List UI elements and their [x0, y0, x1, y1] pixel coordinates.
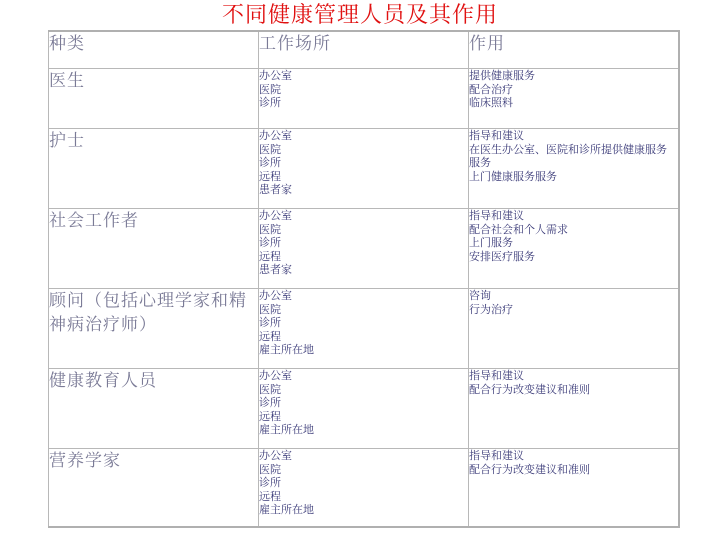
- workplace-item: 办公室: [259, 129, 468, 143]
- role-item: 提供健康服务: [469, 69, 678, 83]
- role-item: 临床照料: [469, 96, 678, 110]
- workplace-cell: 办公室 医院 诊所 远程 患者家: [259, 209, 469, 289]
- workplace-cell: 办公室 医院 诊所 远程 雇主所在地: [259, 369, 469, 449]
- workplace-item: 远程: [259, 250, 468, 264]
- workplace-cell: 办公室 医院 诊所: [259, 69, 469, 129]
- table-row: 顾问（包括心理学家和精神病治疗师） 办公室 医院 诊所 远程 雇主所在地 咨询 …: [49, 289, 679, 369]
- table-row: 营养学家 办公室 医院 诊所 远程 雇主所在地 指导和建议 配合行为改变建议和准…: [49, 449, 679, 528]
- role-item: 上门健康服务服务: [469, 170, 678, 184]
- role-cell: 咨询 行为治疗: [469, 289, 679, 369]
- workplace-item: 办公室: [259, 209, 468, 223]
- workplace-item: 远程: [259, 490, 468, 504]
- category-cell: 护士: [49, 129, 259, 209]
- role-cell: 指导和建议 配合社会和个人需求 上门服务 安排医疗服务: [469, 209, 679, 289]
- role-item: 配合行为改变建议和准则: [469, 463, 678, 477]
- category-cell: 健康教育人员: [49, 369, 259, 449]
- workplace-item: 远程: [259, 330, 468, 344]
- workplace-item: 远程: [259, 410, 468, 424]
- role-item: 行为治疗: [469, 303, 678, 317]
- workplace-item: 雇主所在地: [259, 503, 468, 517]
- category-cell: 社会工作者: [49, 209, 259, 289]
- workplace-item: 诊所: [259, 236, 468, 250]
- workplace-item: 患者家: [259, 263, 468, 277]
- table-row: 护士 办公室 医院 诊所 远程 患者家 指导和建议 在医生办公室、医院和诊所提供…: [49, 129, 679, 209]
- category-cell: 医生: [49, 69, 259, 129]
- role-cell: 指导和建议 配合行为改变建议和准则: [469, 449, 679, 528]
- workplace-item: 诊所: [259, 396, 468, 410]
- workplace-item: 远程: [259, 170, 468, 184]
- workplace-item: 医院: [259, 383, 468, 397]
- role-cell: 指导和建议 配合行为改变建议和准则: [469, 369, 679, 449]
- workplace-item: 医院: [259, 463, 468, 477]
- role-item: 指导和建议: [469, 369, 678, 383]
- workplace-item: 医院: [259, 303, 468, 317]
- role-item: 在医生办公室、医院和诊所提供健康服务服务: [469, 143, 678, 170]
- header-workplace: 工作场所: [259, 31, 469, 69]
- workplace-item: 医院: [259, 223, 468, 237]
- workplace-item: 办公室: [259, 69, 468, 83]
- workplace-item: 雇主所在地: [259, 423, 468, 437]
- role-item: 指导和建议: [469, 449, 678, 463]
- table-row: 社会工作者 办公室 医院 诊所 远程 患者家 指导和建议 配合社会和个人需求 上…: [49, 209, 679, 289]
- workplace-item: 雇主所在地: [259, 343, 468, 357]
- table-row: 健康教育人员 办公室 医院 诊所 远程 雇主所在地 指导和建议 配合行为改变建议…: [49, 369, 679, 449]
- role-item: 指导和建议: [469, 209, 678, 223]
- workplace-cell: 办公室 医院 诊所 远程 雇主所在地: [259, 449, 469, 528]
- workplace-item: 办公室: [259, 449, 468, 463]
- role-cell: 指导和建议 在医生办公室、医院和诊所提供健康服务服务 上门健康服务服务: [469, 129, 679, 209]
- category-cell: 营养学家: [49, 449, 259, 528]
- header-category: 种类: [49, 31, 259, 69]
- workplace-item: 医院: [259, 83, 468, 97]
- role-item: 安排医疗服务: [469, 250, 678, 264]
- workplace-item: 诊所: [259, 476, 468, 490]
- workplace-cell: 办公室 医院 诊所 远程 雇主所在地: [259, 289, 469, 369]
- role-item: 配合行为改变建议和准则: [469, 383, 678, 397]
- role-item: 配合治疗: [469, 83, 678, 97]
- workplace-item: 诊所: [259, 156, 468, 170]
- table-header-row: 种类 工作场所 作用: [49, 31, 679, 69]
- role-item: 配合社会和个人需求: [469, 223, 678, 237]
- role-item: 咨询: [469, 289, 678, 303]
- slide-title: 不同健康管理人员及其作用: [0, 2, 720, 30]
- workplace-item: 医院: [259, 143, 468, 157]
- workplace-item: 诊所: [259, 96, 468, 110]
- workplace-item: 办公室: [259, 369, 468, 383]
- role-item: 指导和建议: [469, 129, 678, 143]
- role-item: 上门服务: [469, 236, 678, 250]
- workplace-item: 诊所: [259, 316, 468, 330]
- health-staff-table: 种类 工作场所 作用 医生 办公室 医院 诊所 提供健康服务 配合治疗 临床照料…: [48, 30, 680, 528]
- workplace-item: 办公室: [259, 289, 468, 303]
- slide: 不同健康管理人员及其作用 种类 工作场所 作用 医生 办公室 医院 诊所 提供健…: [0, 0, 720, 540]
- workplace-item: 患者家: [259, 183, 468, 197]
- table-row: 医生 办公室 医院 诊所 提供健康服务 配合治疗 临床照料: [49, 69, 679, 129]
- workplace-cell: 办公室 医院 诊所 远程 患者家: [259, 129, 469, 209]
- role-cell: 提供健康服务 配合治疗 临床照料: [469, 69, 679, 129]
- category-cell: 顾问（包括心理学家和精神病治疗师）: [49, 289, 259, 369]
- header-role: 作用: [469, 31, 679, 69]
